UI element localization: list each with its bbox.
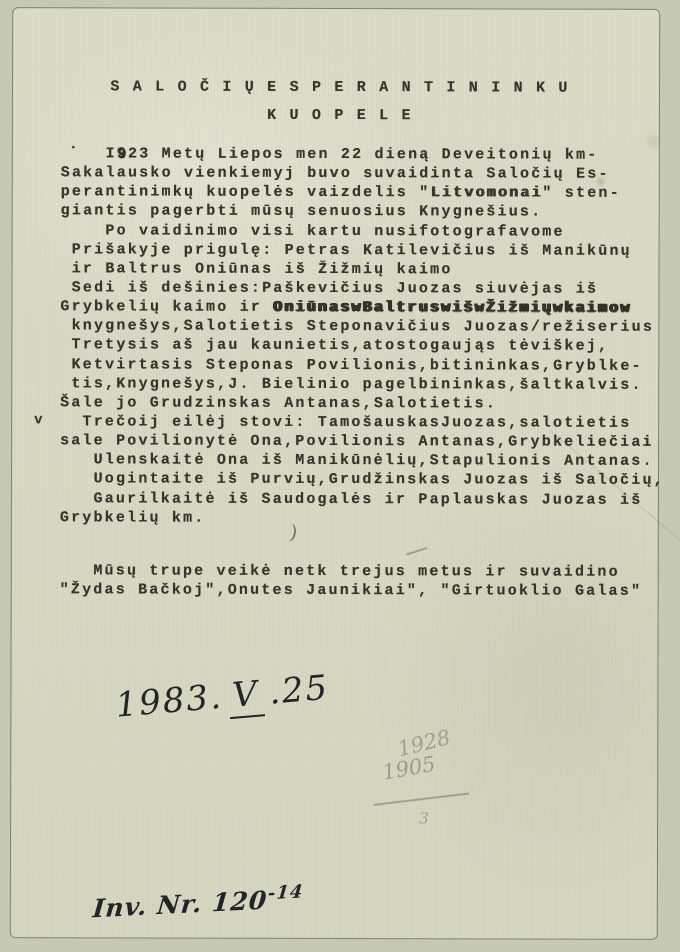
document-title-line2: K U O P E L E xyxy=(13,106,659,125)
inventory-prefix: Inv. Nr. 120 xyxy=(92,886,269,924)
inventory-suffix: -14 xyxy=(267,881,304,904)
typewritten-line: Po vaidinimo visi kartu nusifotografavom… xyxy=(61,221,666,242)
date-month-roman: V xyxy=(227,673,265,719)
document-title-line1: S A L O Č I Ų E S P E R A N T I N I N K … xyxy=(13,78,659,97)
line3-prefix: perantinimkų kuopelės vaizdelis " xyxy=(61,184,431,202)
typewritten-line: I923 Metų Liepos men 22 dieną Deveitonių… xyxy=(61,144,666,165)
typewritten-line: Prišakyje prigulę: Petras Katilevičius i… xyxy=(61,240,666,261)
typewritten-line: Mūsų trupe veikė netk trejus metus ir su… xyxy=(60,561,665,582)
typewritten-line: Sakalausko vienkiemyj buvo suvaidinta Sa… xyxy=(61,163,666,184)
struck-out-text: OniūnaswBaltruswišwŽižmiųwkaimow xyxy=(273,299,631,317)
pencil-underline xyxy=(373,793,468,806)
typewritten-line: knygnešys,Salotietis Steponavičius Juoza… xyxy=(60,317,665,338)
typewritten-line: Trečoij eilėj stovi: TamošauskasJuozas,s… xyxy=(60,412,665,433)
typewritten-line: sale Povilionytė Ona,Povilionis Antanas,… xyxy=(60,431,665,452)
typewritten-line: Ketvirtasis Steponas Povilionis,bitinink… xyxy=(60,355,665,376)
typewritten-body: I923 Metų Liepos men 22 dieną Deveitonių… xyxy=(60,144,666,601)
line3-rest: " sten- xyxy=(542,185,620,202)
typewritten-line: "Žydas Bačkoj",Onutes Jaunikiai", "Girtu… xyxy=(60,580,665,601)
typewritten-line: Sedi iš dešinies:Paškevičius Juozas siuv… xyxy=(60,278,665,299)
document-page: S A L O Č I Ų E S P E R A N T I N I N K … xyxy=(10,7,660,940)
pencil-number-3: 3 xyxy=(419,809,429,827)
date-year: 1983. xyxy=(114,677,224,726)
typewritten-line: Grybkelių km. xyxy=(60,508,665,529)
paragraph-gap xyxy=(60,527,665,563)
typewritten-line: ir Baltrus Oniūnas iš Žižmių kaimo xyxy=(61,259,666,280)
overtyped-word: Litvomonai xyxy=(430,185,542,202)
scanned-document-photo: S A L O Č I Ų E S P E R A N T I N I N K … xyxy=(0,0,680,952)
line1-prefix: I xyxy=(61,145,117,162)
pencil-year-1905: 1905 xyxy=(381,752,438,785)
margin-check-mark: v xyxy=(34,412,45,428)
typewritten-line: Uogintaite iš Purvių,Grudžinskas Juozas … xyxy=(60,470,665,491)
line9-prefix: Grybkelių kaimo ir xyxy=(60,298,273,316)
handwritten-date: 1983.V.25 xyxy=(114,668,331,729)
typewritten-line: Šale jo Grudzinskas Antanas,Salotietis. xyxy=(60,393,665,414)
typewritten-line: Gaurilkaitė iš Saudogalės ir Paplauskas … xyxy=(60,489,665,510)
typewritten-line: Grybkelių kaimo ir OniūnaswBaltruswišwŽi… xyxy=(60,297,665,318)
inventory-number: Inv. Nr. 120-14 xyxy=(92,881,305,923)
typewritten-line: giantis pagerbti mūsų senuosius Knygneši… xyxy=(61,202,666,223)
overtyped-digit: 9 xyxy=(117,145,128,162)
date-day: .25 xyxy=(267,668,330,713)
typewritten-line: tis,Knygnešys,J. Bielinio pagelbininkas,… xyxy=(60,374,665,395)
line1-rest: 23 Metų Liepos men 22 dieną Deveitonių k… xyxy=(128,145,599,163)
typewritten-line: Ulenskaitė Ona iš Manikūnėlių,Stapulioni… xyxy=(60,451,665,472)
typewritten-line: Tretysis aš jau kaunietis,atostogaująs t… xyxy=(60,336,665,357)
typewritten-line: perantinimkų kuopelės vaizdelis "Litvomo… xyxy=(61,183,666,204)
